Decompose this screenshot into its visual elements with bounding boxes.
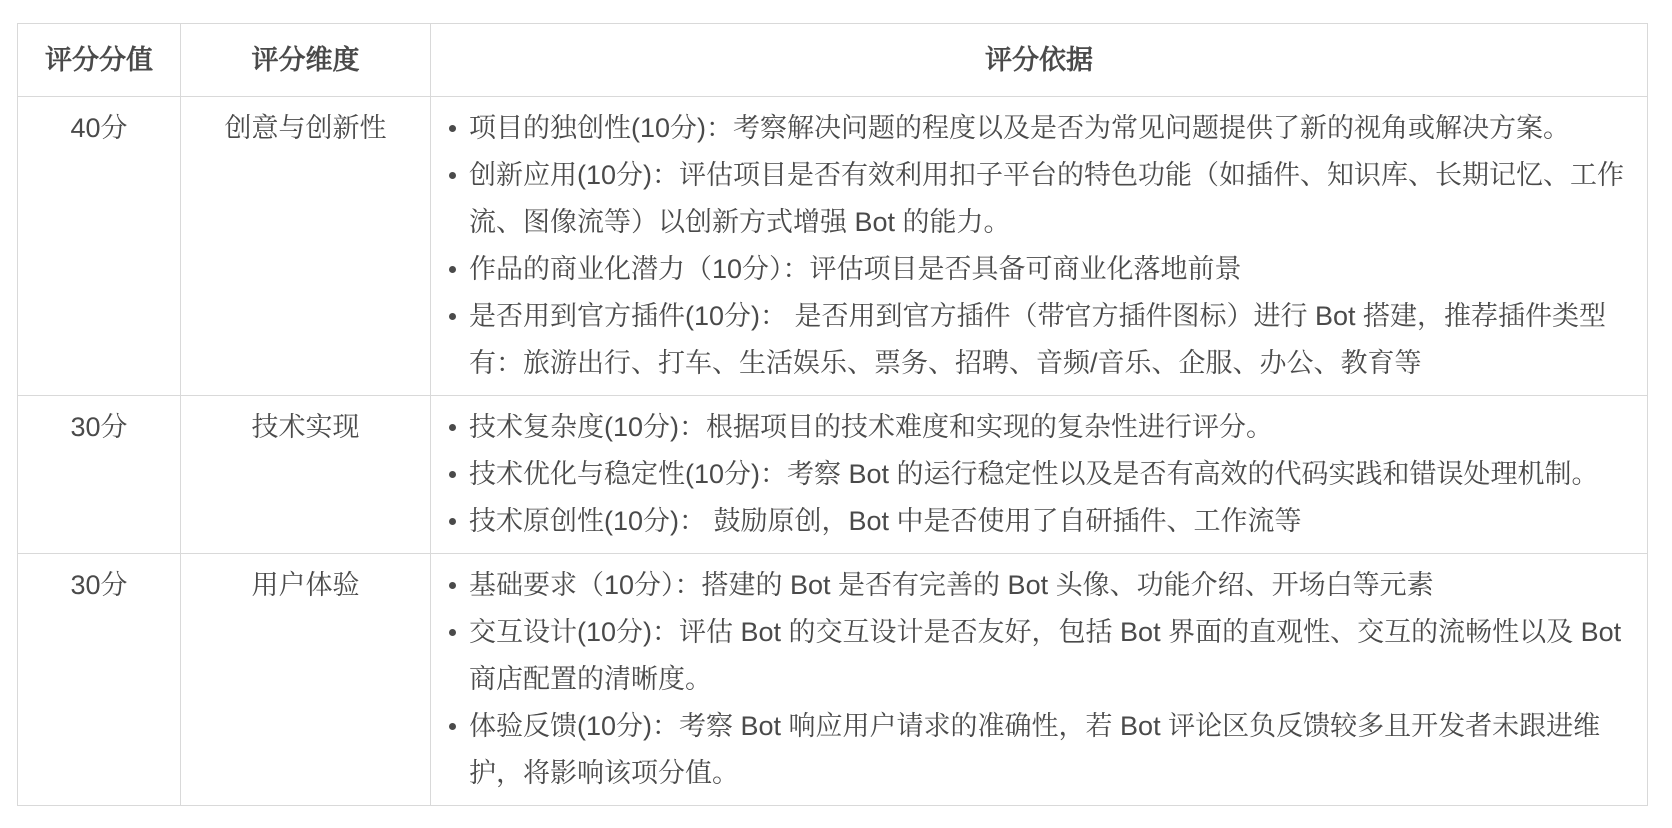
- column-header-basis: 评分依据: [431, 24, 1648, 97]
- criteria-item: 创新应用(10分)：评估项目是否有效利用扣子平台的特色功能（如插件、知识库、长期…: [441, 152, 1635, 246]
- score-value-cell: 30分: [18, 554, 181, 806]
- column-header-score: 评分分值: [18, 24, 181, 97]
- criteria-item: 基础要求（10分）：搭建的 Bot 是否有完善的 Bot 头像、功能介绍、开场白…: [441, 562, 1635, 609]
- criteria-item: 交互设计(10分)：评估 Bot 的交互设计是否友好，包括 Bot 界面的直观性…: [441, 609, 1635, 703]
- table-row: 30分用户体验基础要求（10分）：搭建的 Bot 是否有完善的 Bot 头像、功…: [18, 554, 1648, 806]
- score-value-cell: 40分: [18, 97, 181, 396]
- criteria-item: 项目的独创性(10分)：考察解决问题的程度以及是否为常见问题提供了新的视角或解决…: [441, 105, 1635, 152]
- table-header-row: 评分分值 评分维度 评分依据: [18, 24, 1648, 97]
- criteria-list: 项目的独创性(10分)：考察解决问题的程度以及是否为常见问题提供了新的视角或解决…: [441, 105, 1635, 387]
- dimension-cell: 技术实现: [181, 396, 431, 554]
- criteria-cell: 项目的独创性(10分)：考察解决问题的程度以及是否为常见问题提供了新的视角或解决…: [431, 97, 1648, 396]
- table-row: 40分创意与创新性项目的独创性(10分)：考察解决问题的程度以及是否为常见问题提…: [18, 97, 1648, 396]
- dimension-cell: 用户体验: [181, 554, 431, 806]
- table-row: 30分技术实现技术复杂度(10分)：根据项目的技术难度和实现的复杂性进行评分。技…: [18, 396, 1648, 554]
- scoring-rubric-table: 评分分值 评分维度 评分依据 40分创意与创新性项目的独创性(10分)：考察解决…: [17, 23, 1648, 806]
- score-value-cell: 30分: [18, 396, 181, 554]
- criteria-item: 技术优化与稳定性(10分)：考察 Bot 的运行稳定性以及是否有高效的代码实践和…: [441, 451, 1635, 498]
- criteria-list: 基础要求（10分）：搭建的 Bot 是否有完善的 Bot 头像、功能介绍、开场白…: [441, 562, 1635, 797]
- dimension-cell: 创意与创新性: [181, 97, 431, 396]
- criteria-item: 技术原创性(10分)： 鼓励原创，Bot 中是否使用了自研插件、工作流等: [441, 498, 1635, 545]
- criteria-list: 技术复杂度(10分)：根据项目的技术难度和实现的复杂性进行评分。技术优化与稳定性…: [441, 404, 1635, 545]
- criteria-cell: 基础要求（10分）：搭建的 Bot 是否有完善的 Bot 头像、功能介绍、开场白…: [431, 554, 1648, 806]
- rubric-page: 评分分值 评分维度 评分依据 40分创意与创新性项目的独创性(10分)：考察解决…: [0, 0, 1672, 828]
- criteria-cell: 技术复杂度(10分)：根据项目的技术难度和实现的复杂性进行评分。技术优化与稳定性…: [431, 396, 1648, 554]
- criteria-item: 技术复杂度(10分)：根据项目的技术难度和实现的复杂性进行评分。: [441, 404, 1635, 451]
- table-body: 40分创意与创新性项目的独创性(10分)：考察解决问题的程度以及是否为常见问题提…: [18, 97, 1648, 806]
- criteria-item: 体验反馈(10分)：考察 Bot 响应用户请求的准确性，若 Bot 评论区负反馈…: [441, 703, 1635, 797]
- criteria-item: 作品的商业化潜力（10分）：评估项目是否具备可商业化落地前景: [441, 246, 1635, 293]
- column-header-dimension: 评分维度: [181, 24, 431, 97]
- criteria-item: 是否用到官方插件(10分)： 是否用到官方插件（带官方插件图标）进行 Bot 搭…: [441, 293, 1635, 387]
